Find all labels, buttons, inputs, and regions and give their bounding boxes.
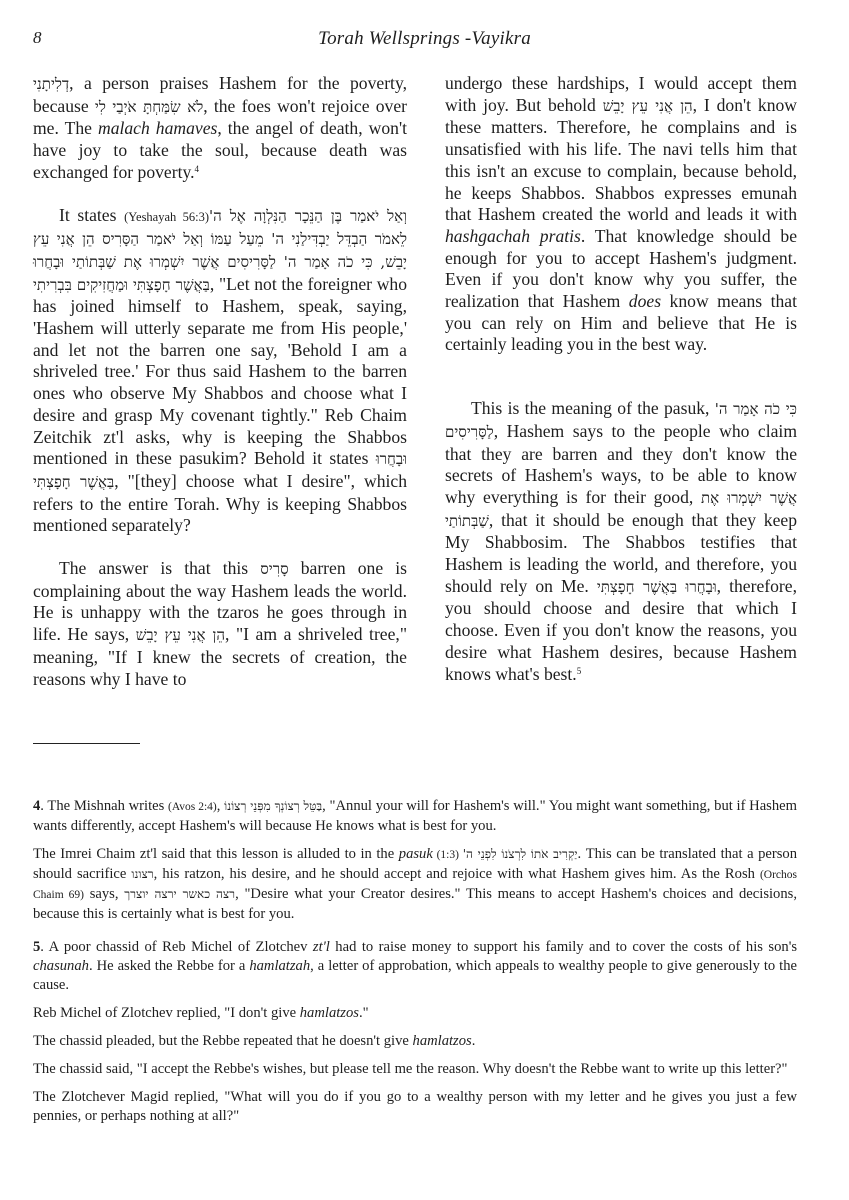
footnote-paragraph: The Imrei Chaim zt'l said that this less… [33, 845, 797, 924]
hebrew-quote: רצונו [131, 867, 153, 881]
hebrew-quote: הֵן אֲנִי עֵץ יָבֵשׁ [603, 97, 693, 115]
footnote-ref[interactable]: 5 [577, 666, 582, 676]
text: The chassid pleaded, but the Rebbe repea… [33, 1033, 413, 1049]
footnote-paragraph: The Zlotchever Magid replied, "What will… [33, 1088, 797, 1126]
italic-term: pasuk [399, 846, 433, 862]
right-column: undergo these hardships, I would accept … [445, 73, 797, 685]
hebrew-quote: רצה כאשר ירצה יוצרך [124, 887, 235, 901]
source-citation: (Yeshayah 56:3) [124, 210, 209, 224]
italic-term: hamlatzah [249, 958, 310, 974]
paragraph: The answer is that this סָרִיס barren on… [33, 558, 407, 690]
footnote-separator [33, 743, 140, 744]
italic-term: hamlatzos [413, 1033, 472, 1049]
hebrew-quote: בַּטֵּל רְצוֹנְךָ מִפְּנֵי רְצוֹנוֹ [224, 799, 322, 813]
text: . He asked the Rebbe for a [89, 958, 249, 974]
footnote-5: 5. A poor chassid of Reb Michel of Zlotc… [33, 938, 797, 995]
paragraph: This is the meaning of the pasuk, כִּי כ… [445, 398, 797, 685]
hebrew-quote: לֹא שִׂמַּחְתָּ אֹיְבַי לִי [95, 98, 203, 116]
text: The Zlotchever Magid replied, "What will… [33, 1089, 797, 1124]
text: , his ratzon, his desire, and he should … [154, 866, 760, 882]
footnote-paragraph: Reb Michel of Zlotchev replied, "I don't… [33, 1004, 797, 1023]
italic-term: does [629, 291, 661, 311]
hebrew-quote: וּבָחֲרוּ בַּאֲשֶׁר חָפָצְתִּי [597, 578, 717, 596]
text: The chassid said, "I accept the Rebbe's … [33, 1061, 788, 1077]
hebrew-quote: הֵן אֲנִי עֵץ יָבֵשׁ [136, 626, 225, 644]
text: It states [59, 205, 124, 225]
source-citation: (1:3) [433, 849, 463, 861]
text: had to raise money to support his family… [330, 939, 797, 955]
footnote-ref[interactable]: 4 [195, 164, 200, 174]
text: Reb Michel of Zlotchev replied, "I don't… [33, 1005, 300, 1021]
footnote-paragraph: The chassid pleaded, but the Rebbe repea… [33, 1032, 797, 1051]
source-citation: (Avos 2:4) [168, 801, 217, 813]
footnote-4: 4. The Mishnah writes (Avos 2:4), בַּטֵּ… [33, 797, 797, 836]
hebrew-quote: יַקְרִיב אֹתוֹ לִרְצֹנוֹ לִפְנֵי ה' [463, 847, 578, 861]
footnotes: 4. The Mishnah writes (Avos 2:4), בַּטֵּ… [33, 797, 797, 1135]
text: The answer is that this [59, 558, 260, 578]
text: . The Mishnah writes [40, 798, 168, 814]
text: The Imrei Chaim zt'l said that this less… [33, 846, 399, 862]
paragraph: undergo these hardships, I would accept … [445, 73, 797, 356]
text: ." [359, 1005, 369, 1021]
paragraph: It states (Yeshayah 56:3)וְאַל יֹאמַר בֶ… [33, 205, 407, 538]
text: . A poor chassid of Reb Michel of Zlotch… [40, 939, 313, 955]
italic-term: hashgachah pratis [445, 226, 581, 246]
text: says, [84, 886, 124, 902]
hebrew-quote: דְלִיתָנִי [33, 75, 69, 93]
text: . [472, 1033, 476, 1049]
italic-term: chasunah [33, 958, 89, 974]
italic-term: hamlatzos [300, 1005, 359, 1021]
paragraph: דְלִיתָנִי, a person praises Hashem for … [33, 73, 407, 184]
running-title: Torah Wellsprings -Vayikra [0, 28, 849, 50]
left-column: דְלִיתָנִי, a person praises Hashem for … [33, 73, 407, 690]
footnote-paragraph: The chassid said, "I accept the Rebbe's … [33, 1060, 797, 1079]
italic-term: zt'l [313, 939, 330, 955]
italic-term: malach hamaves [98, 118, 217, 138]
text: This is the meaning of the pasuk, [471, 398, 715, 418]
hebrew-quote: סָרִיס [260, 560, 288, 578]
text: , "Let not the foreigner who has joined … [33, 274, 407, 469]
